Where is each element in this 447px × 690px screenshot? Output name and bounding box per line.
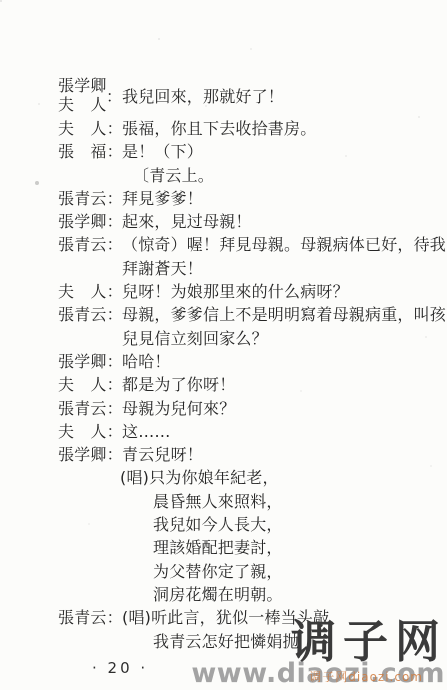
speaker-label: 夫 人： — [58, 419, 122, 442]
speaker-label: 張青云： — [58, 302, 122, 325]
speaker-label-stack: 張学卿 夫 人 — [58, 76, 106, 114]
dialogue-text: 青云兒呀！ — [122, 442, 443, 465]
verse-text: 理該婚配把妻討， — [153, 535, 283, 558]
scan-noise — [0, 0, 2, 2]
dialogue-text: （惊奇）喔！拜見母親。母親病体已好，待我 — [122, 232, 446, 255]
dialogue-line: 張学卿： 哈哈！ — [58, 349, 443, 372]
verse-text: 我青云怎好把憐娟抛 — [153, 629, 299, 652]
dialogue-line: 夫 人： 兒呀！为娘那里來的什么病呀？ — [58, 279, 443, 302]
dialogue-text: 哈哈！ — [122, 349, 443, 372]
dialogue-text: 拜見爹爹！ — [122, 186, 443, 209]
dialogue-line: 張青云： 母親，爹爹信上不是明明寫着母親病重，叫孩 — [58, 302, 443, 325]
speaker-label: 張青云： — [58, 232, 122, 255]
dialogue-text: 兒呀！为娘那里來的什么病呀？ — [122, 279, 443, 302]
dialogue-line: 張青云： 母親为兒何來？ — [58, 396, 443, 419]
dialogue-line: 夫 人： 張福，你且下去收拾書房。 — [58, 116, 443, 139]
stage-direction: 〔青云上。 — [58, 163, 443, 186]
dialogue-text: 是！（下） — [122, 139, 443, 162]
dialogue-text: 这…… — [122, 419, 443, 442]
dialogue-line: 張青云： （惊奇）喔！拜見母親。母親病体已好，待我 — [58, 232, 443, 255]
speaker-label: 張学卿： — [58, 209, 122, 232]
dialogue-text: 兒見信立刻回家么？ — [122, 326, 268, 349]
speaker-label: 張 福： — [58, 139, 122, 162]
dialogue-continuation-line: 兒見信立刻回家么？ — [58, 326, 443, 349]
dialogue-text: 起來，見过母親！ — [122, 209, 443, 232]
dialogue-text: 我兒回來，那就好了！ — [122, 84, 443, 107]
dialogue-text: 拜謝蒼天！ — [122, 256, 203, 279]
speaker-colon: ： — [106, 84, 122, 107]
dialogue-line: 夫 人： 都是为了你呀！ — [58, 372, 443, 395]
speaker-label: 張学卿： — [58, 349, 122, 372]
dialogue-line: 張青云： 拜見爹爹！ — [58, 186, 443, 209]
scanned-script-page: 張学卿 夫 人 ： 我兒回來，那就好了！ 夫 人： 張福，你且下去收拾書房。 張… — [0, 0, 447, 690]
speaker-label: 張青云： — [58, 396, 122, 419]
dialogue-continuation-line: 拜謝蒼天！ — [58, 256, 443, 279]
dialogue-text: 都是为了你呀！ — [122, 372, 443, 395]
verse-line: (唱)只为你娘年紀老， — [58, 465, 443, 488]
dialogue-line: 張学卿： 青云兒呀！ — [58, 442, 443, 465]
verse-text: 洞房花燭在明朝。 — [153, 582, 283, 605]
speaker-label: 張青云： — [58, 186, 122, 209]
verse-line: 我兒如今人長大， — [58, 512, 443, 535]
dialogue-text: 母親，爹爹信上不是明明寫着母親病重，叫孩 — [122, 302, 446, 325]
dialogue-line: 張学卿： 起來，見过母親！ — [58, 209, 443, 232]
speaker-label: 夫 人： — [58, 279, 122, 302]
dual-speaker-line: 張学卿 夫 人 ： 我兒回來，那就好了！ — [58, 74, 443, 116]
verse-line: 为父替你定了親， — [58, 559, 443, 582]
dialogue-text: 張福，你且下去收拾書房。 — [122, 116, 443, 139]
speaker-label: 夫 人： — [58, 372, 122, 395]
dialogue-text: 母親为兒何來？ — [122, 396, 443, 419]
stage-direction-text: 〔青云上。 — [133, 163, 214, 186]
dialogue-line: 張 福： 是！（下） — [58, 139, 443, 162]
verse-line: 晨昏無人來照料， — [58, 489, 443, 512]
speaker-label: 夫 人： — [58, 116, 122, 139]
verse-line: 洞房花燭在明朝。 — [58, 582, 443, 605]
verse-text: 晨昏無人來照料， — [153, 489, 283, 512]
watermark-sub-text: 调子网diaozi.com — [309, 671, 423, 683]
verse-text: 为父替你定了親， — [153, 559, 283, 582]
verse-text: (唱)只为你娘年紀老， — [120, 465, 279, 488]
dialogue-line: 夫 人： 这…… — [58, 419, 443, 442]
script-text-block: 張学卿 夫 人 ： 我兒回來，那就好了！ 夫 人： 張福，你且下去收拾書房。 張… — [58, 74, 443, 652]
page-number: · 20 · — [92, 659, 148, 677]
speaker-label: 張学卿： — [58, 442, 122, 465]
verse-text: 我兒如今人長大， — [153, 512, 283, 535]
verse-line: 理該婚配把妻討， — [58, 535, 443, 558]
speaker-label: 夫 人 — [58, 95, 106, 114]
speaker-label: 張学卿 — [58, 76, 106, 95]
speaker-label: 張青云： — [58, 605, 122, 628]
